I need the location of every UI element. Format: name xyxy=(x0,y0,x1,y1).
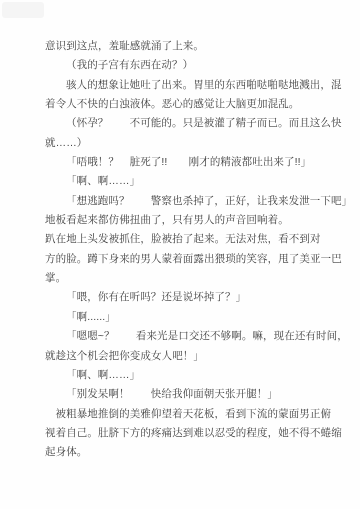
text-line: 地板看起来都仿佛扭曲了，只有男人的声音回响着。 xyxy=(45,211,320,230)
page-text: 意识到这点，羞耻感就涌了上来。（我的子宫有东西在动？）骇人的想象让她吐了出来。胃… xyxy=(45,37,320,463)
text-line: 「啊......」 xyxy=(45,308,320,327)
text-line: 方的脸。蹲下身来的男人蒙着面露出猥琐的笑容，甩了美亚一巴 xyxy=(45,250,320,269)
text-line: 「嗯嗯~？ 看来光是口交还不够啊。嘛，现在还有时间， xyxy=(45,327,320,346)
text-line: 掌。 xyxy=(45,269,320,288)
text-line: 骇人的想象让她吐了出来。胃里的东西啪哒啪哒地溅出，混 xyxy=(45,76,320,95)
text-line: （怀孕？ 不可能的。只是被灌了精子而已。而且这么快 xyxy=(45,114,320,133)
text-line: （我的子宫有东西在动？） xyxy=(45,56,320,75)
text-line: 视着自己。肚脐下方的疼痛达到难以忍受的程度，她不得不蜷缩 xyxy=(45,424,320,443)
text-line: 「啊、啊……」 xyxy=(45,172,320,191)
text-line: 「想逃跑吗？ 警察也杀掉了，正好，让我来发泄一下吧」 xyxy=(45,192,320,211)
text-line: 被粗暴地推倒的美雅仰望着天花板，看到下流的蒙面男正俯 xyxy=(45,405,320,424)
text-line: 起身体。 xyxy=(45,443,320,462)
text-line: 就趁这个机会把你变成女人吧！」 xyxy=(45,347,320,366)
text-line: 「别发呆啊！ 快给我仰面朝天张开腿！」 xyxy=(45,385,320,404)
novel-page: 意识到这点，羞耻感就涌了上来。（我的子宫有东西在动？）骇人的想象让她吐了出来。胃… xyxy=(0,0,360,509)
text-line: 「啊、啊……」 xyxy=(45,366,320,385)
corner-smudge-artifact xyxy=(2,2,44,18)
text-line: 着令人不快的白浊液体。恶心的感觉让大脑更加混乱。 xyxy=(45,95,320,114)
text-line: 就……） xyxy=(45,134,320,153)
text-line: 趴在地上头发被抓住，脸被抬了起来。无法对焦，看不到对 xyxy=(45,230,320,249)
text-line: 「喂，你有在听吗？还是说坏掉了？」 xyxy=(45,288,320,307)
text-line: 「唔哦！？ 脏死了!! 刚才的精液都吐出来了!!」 xyxy=(45,153,320,172)
text-line: 意识到这点，羞耻感就涌了上来。 xyxy=(45,37,320,56)
